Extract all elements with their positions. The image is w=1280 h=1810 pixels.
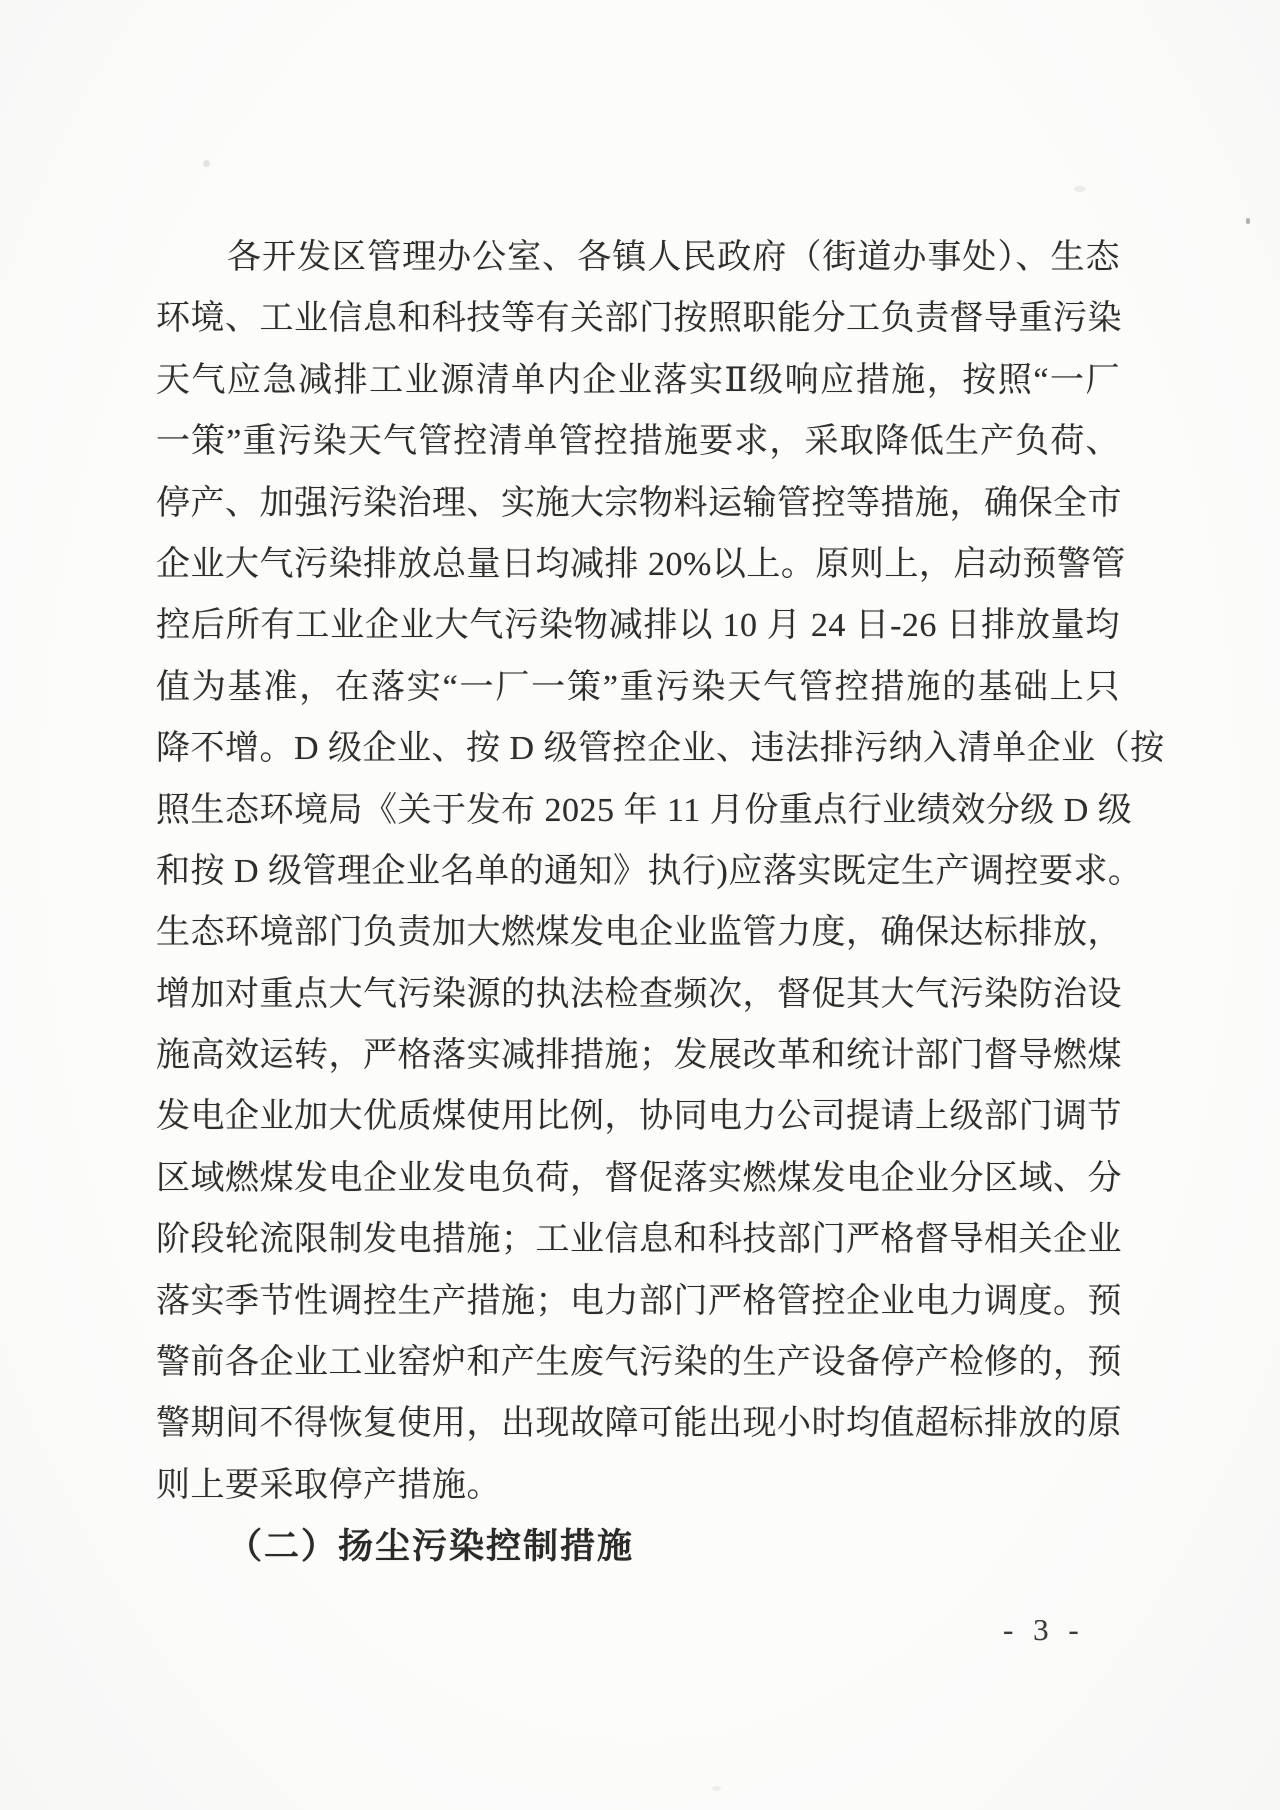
- scan-speckle: [203, 160, 210, 167]
- paragraph-line: 降不增。D 级企业、按 D 级管控企业、违法排污纳入清单企业（按: [156, 718, 1120, 779]
- paragraph-line: 停产、加强污染治理、实施大宗物料运输管控等措施，确保全市: [156, 473, 1120, 534]
- paragraph-line: 照生态环境局《关于发布 2025 年 11 月份重点行业绩效分级 D 级: [156, 780, 1120, 841]
- paragraph-line: 企业大气污染排放总量日均减排 20%以上。原则上，启动预警管: [156, 534, 1120, 595]
- paragraph-line: 和按 D 级管理企业名单的通知》执行)应落实既定生产调控要求。: [156, 841, 1120, 902]
- paragraph-line: 落实季节性调控生产措施；电力部门严格管控企业电力调度。预: [156, 1271, 1120, 1332]
- paragraph-line: 各开发区管理办公室、各镇人民政府（街道办事处）、生态: [156, 227, 1120, 288]
- scanned-document-page: 各开发区管理办公室、各镇人民政府（街道办事处）、生态环境、工业信息和科技等有关部…: [0, 0, 1280, 1810]
- paragraph-line: 一策”重污染天气管控清单管控措施要求，采取降低生产负荷、: [156, 411, 1120, 472]
- page-number: - 3 -: [1003, 1612, 1085, 1648]
- scan-speckle: [1246, 218, 1250, 224]
- section-heading: （二）扬尘污染控制措施: [156, 1516, 1120, 1577]
- paragraph-line: 天气应急减排工业源清单内企业落实Ⅱ级响应措施，按照“一厂: [156, 350, 1120, 411]
- body-paragraph: 各开发区管理办公室、各镇人民政府（街道办事处）、生态环境、工业信息和科技等有关部…: [156, 227, 1120, 1516]
- paragraph-line: 值为基准，在落实“一厂一策”重污染天气管控措施的基础上只: [156, 657, 1120, 718]
- paragraph-line: 环境、工业信息和科技等有关部门按照职能分工负责督导重污染: [156, 288, 1120, 349]
- paragraph-line: 阶段轮流限制发电措施；工业信息和科技部门严格督导相关企业: [156, 1209, 1120, 1270]
- scan-speckle: [1074, 186, 1086, 192]
- paragraph-line: 发电企业加大优质煤使用比例，协同电力公司提请上级部门调节: [156, 1086, 1120, 1147]
- paragraph-line: 警前各企业工业窑炉和产生废气污染的生产设备停产检修的，预: [156, 1332, 1120, 1393]
- scan-speckle: [712, 1786, 721, 1791]
- paragraph-line: 增加对重点大气污染源的执法检查频次，督促其大气污染防治设: [156, 964, 1120, 1025]
- paragraph-line: 区域燃煤发电企业发电负荷，督促落实燃煤发电企业分区域、分: [156, 1148, 1120, 1209]
- paragraph-line: 施高效运转，严格落实减排措施；发展改革和统计部门督导燃煤: [156, 1025, 1120, 1086]
- paragraph-line: 生态环境部门负责加大燃煤发电企业监管力度，确保达标排放，: [156, 902, 1120, 963]
- paragraph-line: 控后所有工业企业大气污染物减排以 10 月 24 日-26 日排放量均: [156, 595, 1120, 656]
- paragraph-line: 则上要采取停产措施。: [156, 1455, 1120, 1516]
- paragraph-line: 警期间不得恢复使用，出现故障可能出现小时均值超标排放的原: [156, 1393, 1120, 1454]
